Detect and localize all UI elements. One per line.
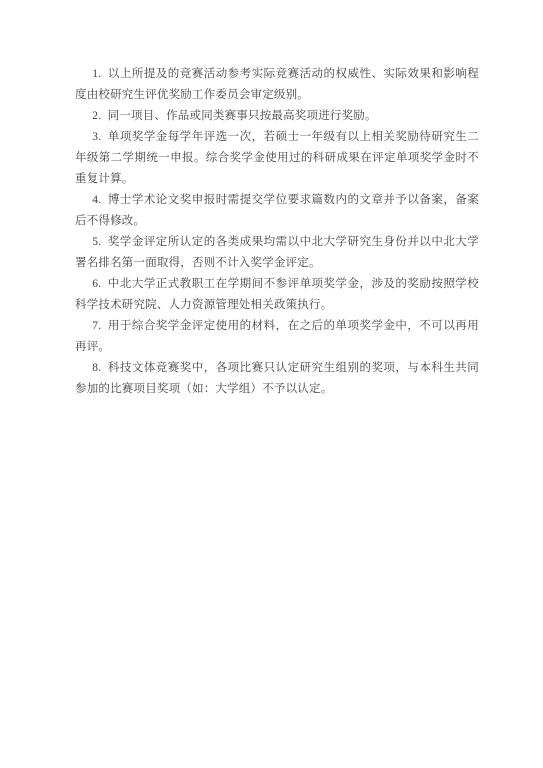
list-item: 7.用于综合奖学金评定使用的材料，在之后的单项奖学金中，不可以再用再评。 xyxy=(75,316,479,358)
list-item: 5.奖学金评定所认定的各类成果均需以中北大学研究生身份并以中北大学署名排名第一面… xyxy=(75,232,479,274)
item-number: 3. xyxy=(92,131,101,143)
item-number: 6. xyxy=(92,278,101,290)
item-number: 4. xyxy=(92,194,101,206)
item-text: 以上所提及的竞赛活动参考实际竞赛活动的权威性、实际效果和影响程度由校研究生评优奖… xyxy=(75,68,479,101)
item-text: 博士学术论文奖申报时需提交学位要求篇数内的文章并予以备案，备案后不得修改。 xyxy=(75,194,479,227)
list-item: 8.科技文体竞赛奖中，各项比赛只认定研究生组别的奖项，与本科生共同参加的比赛项目… xyxy=(75,358,479,400)
item-text: 科技文体竞赛奖中，各项比赛只认定研究生组别的奖项，与本科生共同参加的比赛项目奖项… xyxy=(75,362,479,395)
item-text: 用于综合奖学金评定使用的材料，在之后的单项奖学金中，不可以再用再评。 xyxy=(75,320,479,353)
list-item: 6.中北大学正式教职工在学期间不参评单项奖学金，涉及的奖励按照学校科学技术研究院… xyxy=(75,274,479,316)
item-text: 单项奖学金每学年评选一次，若硕士一年级有以上相关奖励待研究生二年级第二学期统一申… xyxy=(75,131,479,185)
list-item: 4.博士学术论文奖申报时需提交学位要求篇数内的文章并予以备案，备案后不得修改。 xyxy=(75,190,479,232)
item-text: 同一项目、作品或同类赛事只按最高奖项进行奖励。 xyxy=(108,110,377,122)
item-number: 1. xyxy=(92,68,101,80)
list-item: 1.以上所提及的竞赛活动参考实际竞赛活动的权威性、实际效果和影响程度由校研究生评… xyxy=(75,64,479,106)
item-number: 5. xyxy=(92,236,101,248)
item-number: 2. xyxy=(92,110,101,122)
list-item: 2.同一项目、作品或同类赛事只按最高奖项进行奖励。 xyxy=(75,106,479,127)
rules-list: 1.以上所提及的竞赛活动参考实际竞赛活动的权威性、实际效果和影响程度由校研究生评… xyxy=(75,64,479,400)
list-item: 3.单项奖学金每学年评选一次，若硕士一年级有以上相关奖励待研究生二年级第二学期统… xyxy=(75,127,479,190)
item-text: 奖学金评定所认定的各类成果均需以中北大学研究生身份并以中北大学署名排名第一面取得… xyxy=(75,236,479,269)
document-page: 1.以上所提及的竞赛活动参考实际竞赛活动的权威性、实际效果和影响程度由校研究生评… xyxy=(0,0,543,768)
item-text: 中北大学正式教职工在学期间不参评单项奖学金，涉及的奖励按照学校科学技术研究院、人… xyxy=(75,278,479,311)
item-number: 8. xyxy=(92,362,101,374)
item-number: 7. xyxy=(92,320,101,332)
